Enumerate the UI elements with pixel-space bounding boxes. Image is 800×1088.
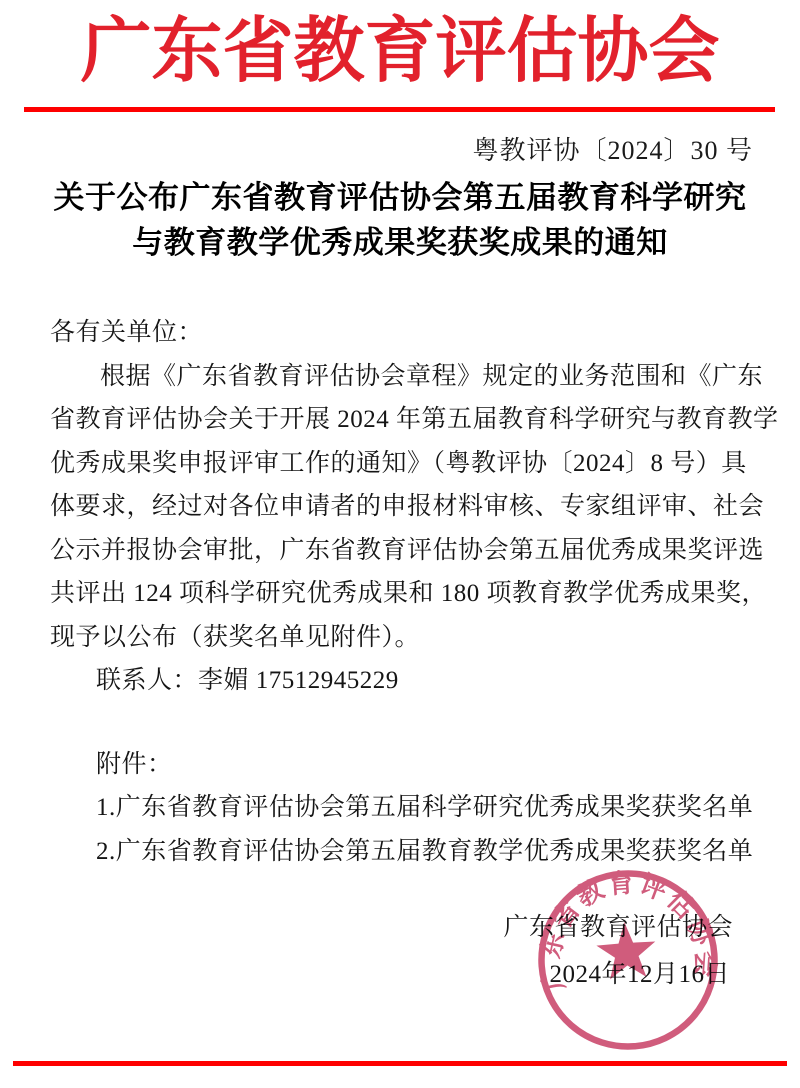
notice-body: 各有关单位： 根据《广东省教育评估协会章程》规定的业务范围和《广东 省教育评估协… xyxy=(50,311,756,873)
body-line: 优秀成果奖申报评审工作的通知》（粤教评协〔2024〕8 号）具 xyxy=(50,442,756,486)
signature-org: 广东省教育评估协会 xyxy=(503,913,733,943)
masthead-rule xyxy=(24,107,775,112)
notice-title-line-2: 与教育教学优秀成果奖获奖成果的通知 xyxy=(0,221,800,266)
notice-title-line-1: 关于公布广东省教育评估协会第五届教育科学研究 xyxy=(0,176,800,221)
body-line: 现予以公布（获奖名单见附件）。 xyxy=(50,616,756,660)
salutation: 各有关单位： xyxy=(50,311,756,355)
masthead-org-name: 广东省教育评估协会 xyxy=(0,2,800,102)
attachments-label: 附件： xyxy=(50,743,756,787)
body-line: 公示并报协会审批，广东省教育评估协会第五届优秀成果奖评选 xyxy=(50,529,756,573)
notice-title: 关于公布广东省教育评估协会第五届教育科学研究 与教育教学优秀成果奖获奖成果的通知 xyxy=(0,176,800,265)
body-line: 体要求，经过对各位申请者的申报材料审核、专家组评审、社会 xyxy=(50,485,756,529)
blank-line xyxy=(50,703,756,743)
body-line: 根据《广东省教育评估协会章程》规定的业务范围和《广东 xyxy=(50,355,756,399)
attachment-item-1: 1.广东省教育评估协会第五届科学研究优秀成果奖获奖名单 xyxy=(50,786,756,830)
doc-number: 粤教评协〔2024〕30 号 xyxy=(472,130,753,167)
body-line: 共评出 124 项科学研究优秀成果和 180 项教育教学优秀成果奖， xyxy=(50,572,756,616)
footer-rule xyxy=(13,1061,787,1066)
signature-date: 2024年12月16日 xyxy=(549,960,730,990)
body-line: 省教育评估协会关于开展 2024 年第五届教育科学研究与教育教学 xyxy=(50,398,756,442)
document-page: 广东省教育评估协会 粤教评协〔2024〕30 号 关于公布广东省教育评估协会第五… xyxy=(0,0,800,1088)
attachment-item-2: 2.广东省教育评估协会第五届教育教学优秀成果奖获奖名单 xyxy=(50,830,756,874)
contact-line: 联系人：李媚 17512945229 xyxy=(50,659,756,703)
